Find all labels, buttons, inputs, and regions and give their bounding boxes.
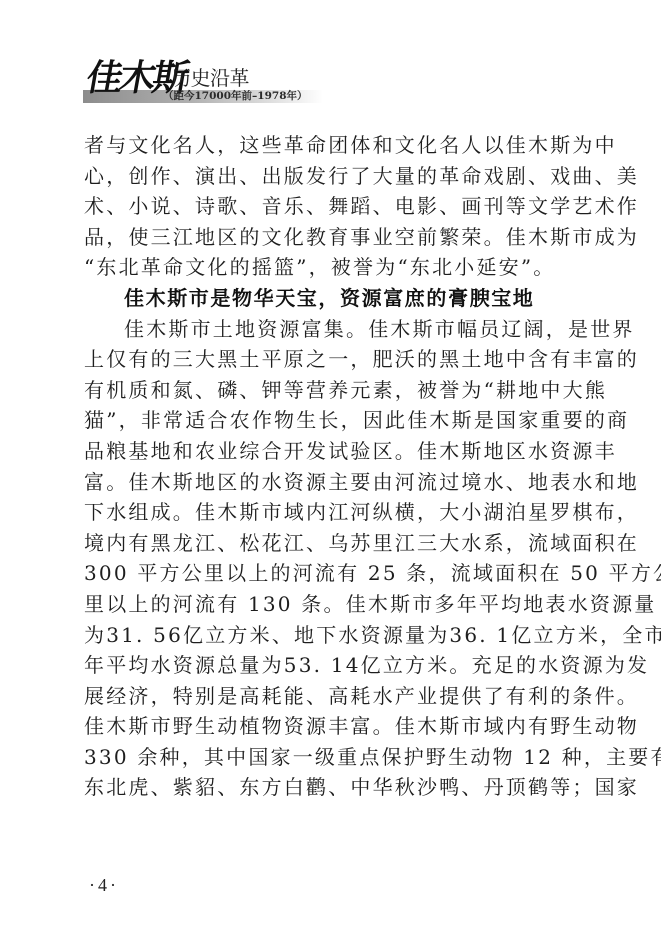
text-line: 佳木斯市野生动植物资源丰富。佳木斯市域内有野生动物 (84, 711, 556, 742)
text-line: 心，创作、演出、出版发行了大量的革命戏剧、戏曲、美 (84, 161, 556, 192)
text-line: 品，使三江地区的文化教育事业空前繁荣。佳木斯市成为 (84, 222, 556, 253)
section-heading: 佳木斯市是物华天宝，资源富庶的膏腴宝地 (84, 283, 556, 314)
text-line: 300 平方公里以上的河流有 25 条，流域面积在 50 平方公 (84, 558, 556, 589)
text-line: 年平均水资源总量为53. 14亿立方米。充足的水资源为发 (84, 650, 556, 681)
text-line: 为31. 56亿立方米、地下水资源量为36. 1亿立方米，全市多 (84, 620, 556, 651)
header-title: 历史沿革 (171, 67, 249, 89)
text-line: 品粮基地和农业综合开发试验区。佳木斯地区水资源丰 (84, 436, 556, 467)
text-line: 术、小说、诗歌、音乐、舞蹈、电影、画刊等文学艺术作 (84, 191, 556, 222)
text-line: 上仅有的三大黑土平原之一，肥沃的黑土地中含有丰富的 (84, 344, 556, 375)
text-line: 展经济，特别是高耗能、高耗水产业提供了有利的条件。 (84, 681, 556, 712)
text-line: 东北虎、紫貂、东方白鹳、中华秋沙鸭、丹顶鹤等；国家 (84, 772, 556, 803)
text-line: 有机质和氮、磷、钾等营养元素，被誉为“耕地中大熊 (84, 375, 556, 406)
text-line: “东北革命文化的摇篮”，被誉为“东北小延安”。 (84, 252, 556, 283)
body-text: 者与文化名人，这些革命团体和文化名人以佳木斯为中 心，创作、演出、出版发行了大量… (84, 130, 556, 803)
text-line: 境内有黑龙江、松花江、乌苏里江三大水系，流域面积在 (84, 528, 556, 559)
page-number: ·4· (89, 873, 119, 897)
text-line: 下水组成。佳木斯市域内江河纵横，大小湖泊星罗棋布， (84, 497, 556, 528)
running-header: 佳木斯 历史沿革 （距今17000年前–1978年） (83, 56, 333, 106)
text-line: 猫”，非常适合农作物生长，因此佳木斯是国家重要的商 (84, 405, 556, 436)
header-subtitle: （距今17000年前–1978年） (163, 89, 308, 103)
text-line: 330 余种，其中国家一级重点保护野生动物 12 种，主要有 (84, 742, 556, 773)
paragraph-first-line: 佳木斯市土地资源富集。佳木斯市幅员辽阔，是世界 (84, 314, 556, 345)
text-line: 里以上的河流有 130 条。佳木斯市多年平均地表水资源量 (84, 589, 556, 620)
text-line: 富。佳木斯地区的水资源主要由河流过境水、地表水和地 (84, 467, 556, 498)
text-line: 者与文化名人，这些革命团体和文化名人以佳木斯为中 (84, 130, 556, 161)
